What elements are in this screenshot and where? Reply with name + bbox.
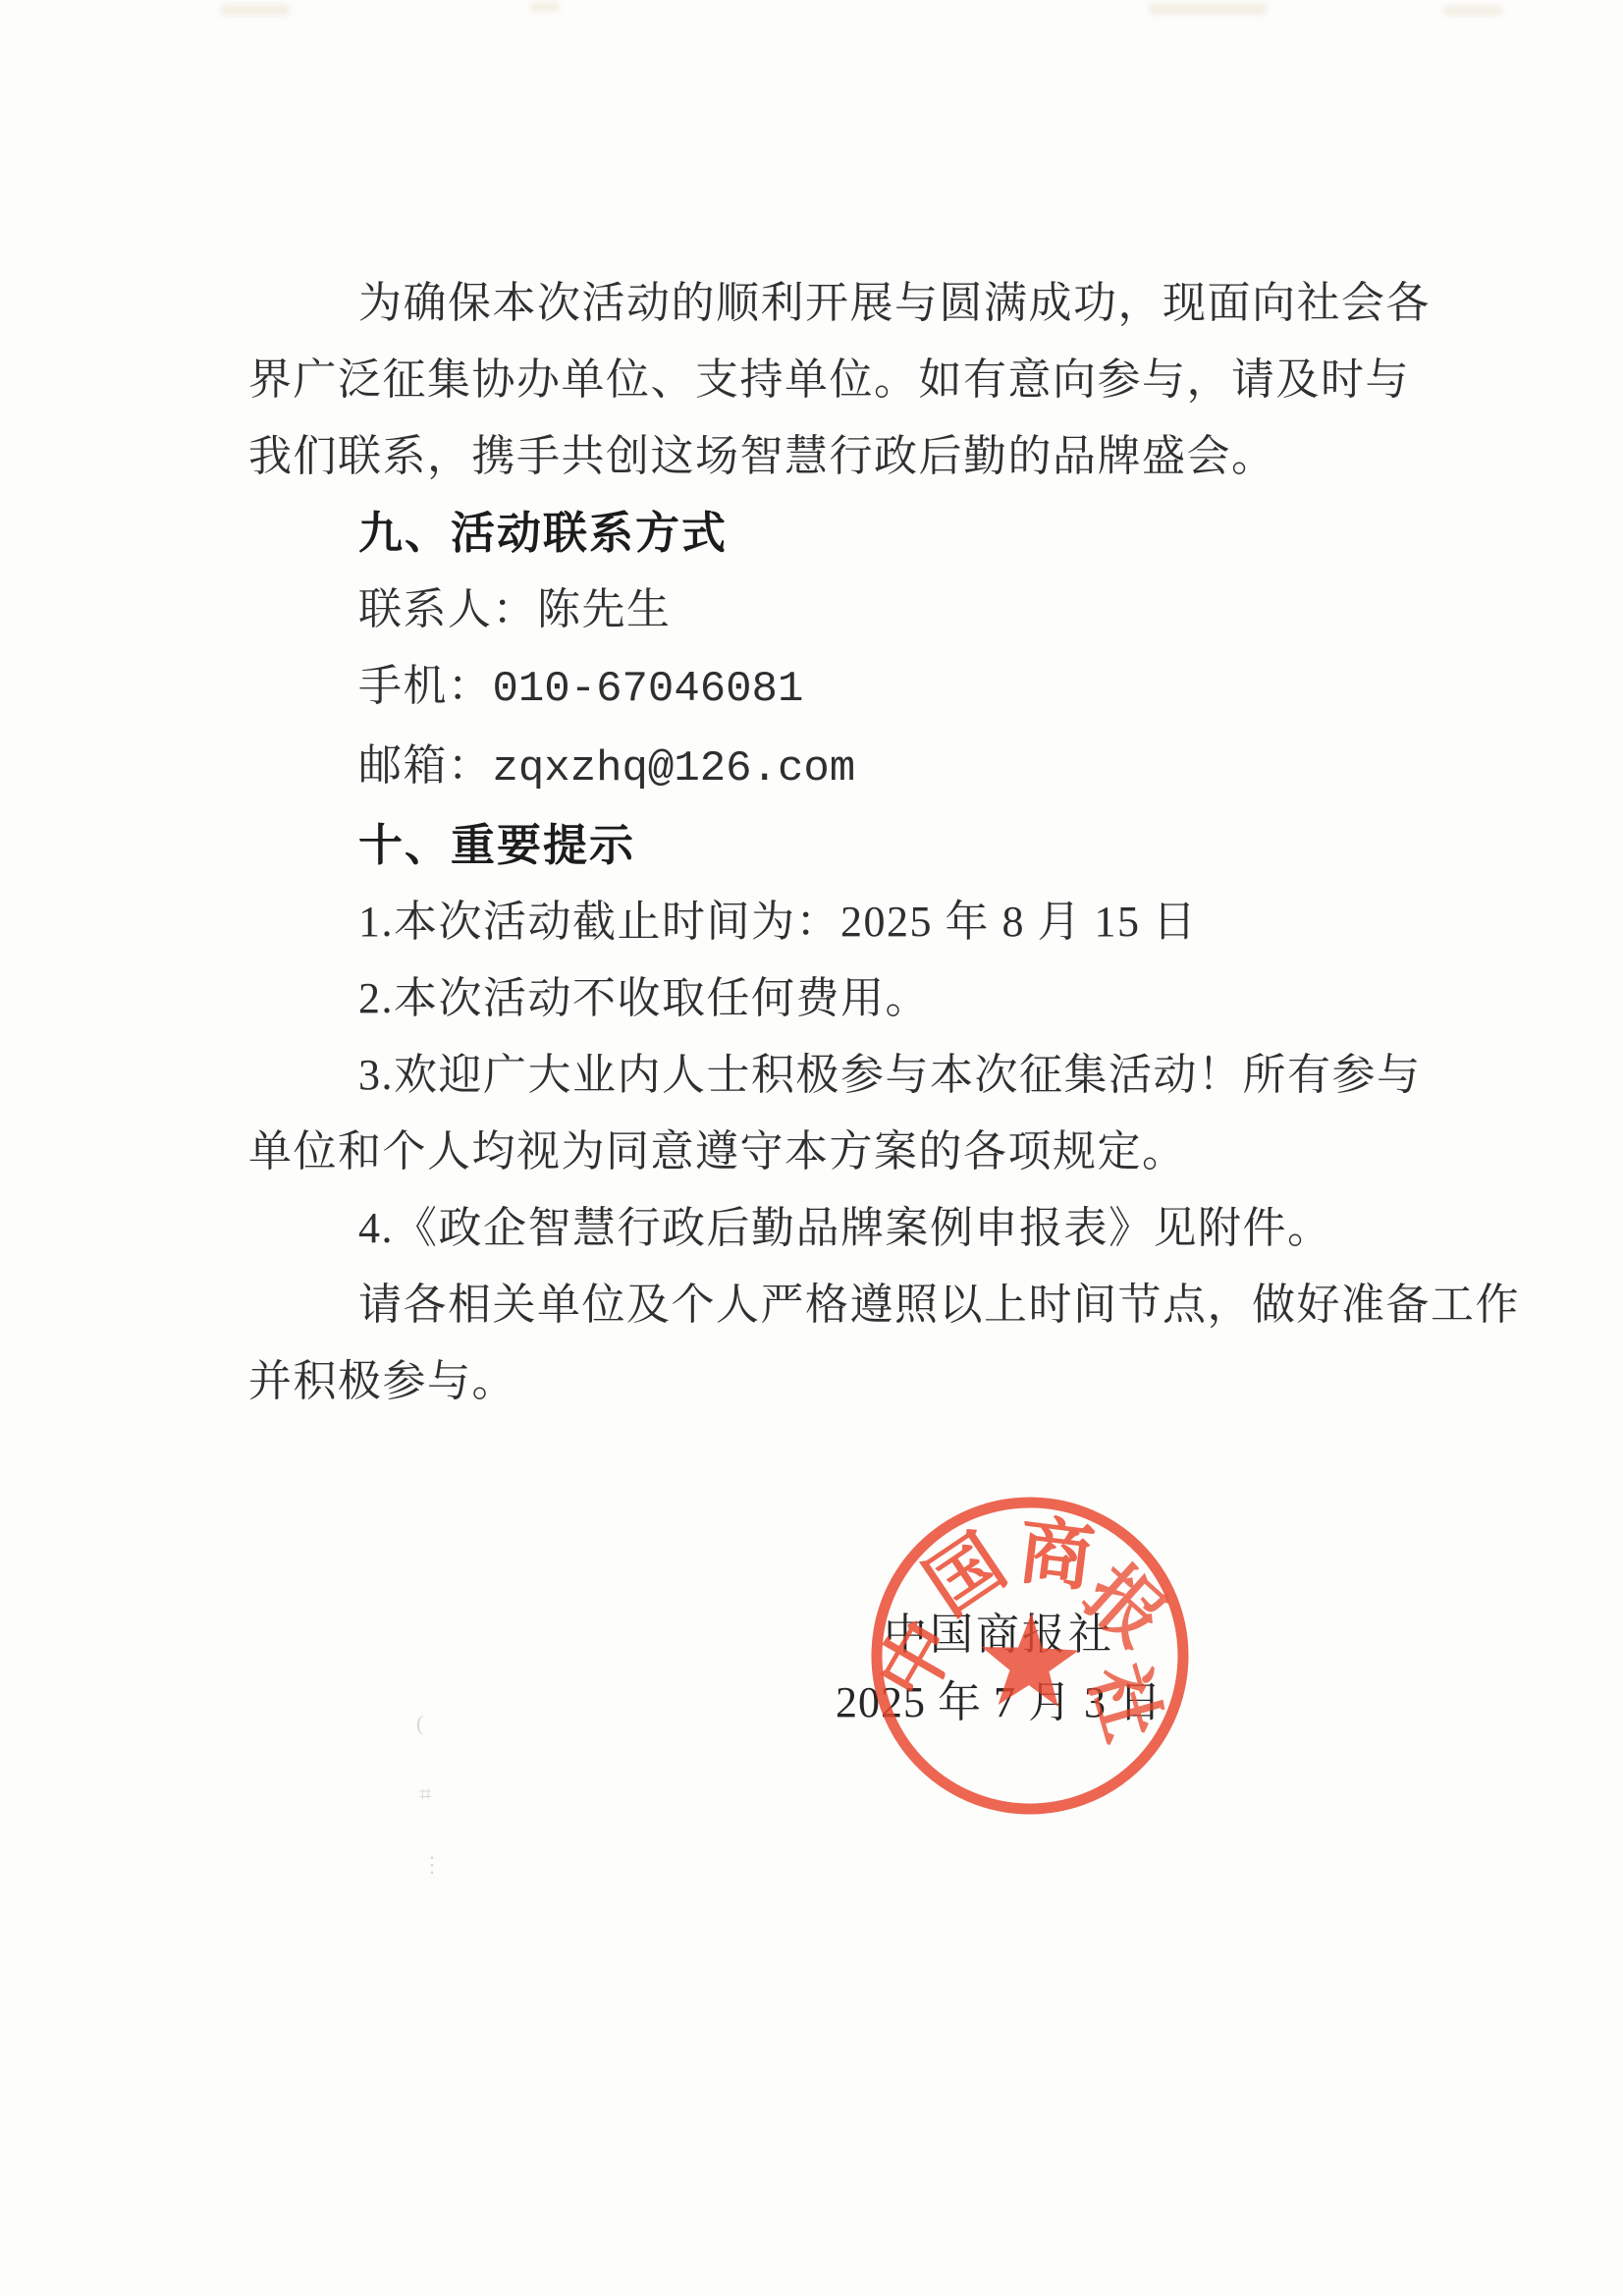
official-seal-stamp: 中 国 商 报 社: [856, 1480, 1206, 1830]
paragraph: 邮箱：zqxzhq@126.com: [248, 728, 1525, 807]
paragraph: 手机：010-67046081: [248, 648, 1525, 728]
scan-smudge: [1443, 6, 1502, 16]
paragraph: 1.本次活动截止时间为：2025 年 8 月 15 日: [248, 884, 1525, 960]
scan-smudge: [530, 2, 560, 12]
seal-char: 商: [1014, 1510, 1099, 1602]
paragraph: 为确保本次活动的顺利开展与圆满成功，现面向社会各 界广泛征集协办单位、支持单位。…: [248, 265, 1525, 495]
paragraph: 2.本次活动不收取任何费用。: [248, 960, 1525, 1037]
scan-smudge: [1149, 3, 1267, 15]
section-heading: 九、活动联系方式: [248, 495, 1525, 572]
document-body: 为确保本次活动的顺利开展与圆满成功，现面向社会各 界广泛征集协办单位、支持单位。…: [248, 265, 1525, 1420]
latin-text: zqxzhq@126.com: [493, 744, 856, 793]
paragraph: 联系人：陈先生: [248, 572, 1525, 648]
paragraph: 请各相关单位及个人严格遵照以上时间节点，做好准备工作 并积极参与。: [248, 1267, 1525, 1420]
scan-artifact: ⋮: [421, 1852, 443, 1878]
scan-artifact: (: [416, 1711, 423, 1736]
scan-smudge: [221, 4, 290, 16]
paragraph: 3.欢迎广大业内人士积极参与本次征集活动！所有参与 单位和个人均视为同意遵守本方…: [248, 1037, 1525, 1190]
scan-artifact: ⌗: [419, 1781, 431, 1807]
paragraph: 4.《政企智慧行政后勤品牌案例申报表》见附件。: [248, 1190, 1525, 1267]
section-heading: 十、重要提示: [248, 807, 1525, 884]
seal-star-icon: [980, 1612, 1080, 1707]
latin-text: 010-67046081: [493, 665, 804, 714]
document-page: 为确保本次活动的顺利开展与圆满成功，现面向社会各 界广泛征集协办单位、支持单位。…: [0, 0, 1623, 2296]
